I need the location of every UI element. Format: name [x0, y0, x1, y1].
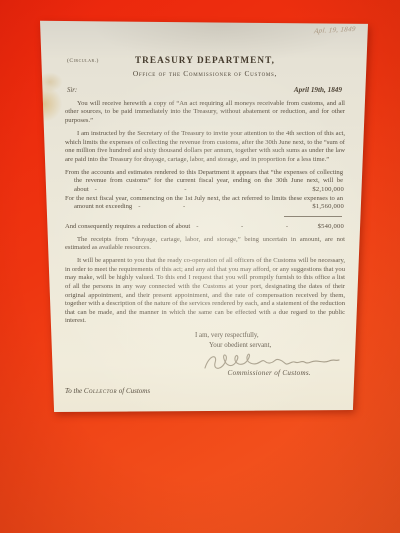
addressee-suffix: of Customs: [117, 387, 150, 395]
addressee-line: To the Collector of Customs: [65, 387, 345, 396]
account-text: For the next fiscal year, commencing on …: [65, 195, 343, 211]
paragraph-receipts: The receipts from “drayage, cartage, lab…: [65, 236, 345, 253]
dash-leader: - - -: [89, 186, 187, 193]
circular-label: (Circular.): [67, 58, 99, 65]
accounts-block: From the accounts and estimates rendered…: [65, 169, 345, 231]
closing-block: I am, very respectfully, Your obedient s…: [195, 332, 345, 351]
department-title: TREASURY DEPARTMENT,: [65, 55, 345, 67]
account-line-next-year: For the next fiscal year, commencing on …: [65, 195, 345, 212]
account-text: And consequently requires a reduction of…: [65, 223, 190, 230]
closing-respectfully: I am, very respectfully,: [195, 332, 345, 341]
amount-current-year: $2,100,000: [312, 186, 344, 195]
subtraction-rule: [284, 216, 342, 217]
paragraph-cooperation: It will be apparent to you that the read…: [65, 257, 345, 326]
account-line-current-year: From the accounts and estimates rendered…: [65, 169, 345, 195]
amount-next-year: $1,560,000: [312, 203, 344, 212]
handwritten-date: Apl. 19, 1849: [314, 25, 357, 36]
document-paper: Apl. 19, 1849 (Circular.) TREASURY DEPAR…: [40, 20, 368, 412]
addressee-prefix: To the: [65, 387, 84, 395]
photo-background: { "annotations": { "handwritten_date": "…: [0, 0, 400, 533]
commissioner-title: Commissioner of Customs.: [228, 369, 311, 378]
dash-leader: - - -: [190, 223, 288, 230]
paper-wrapper: Apl. 19, 1849 (Circular.) TREASURY DEPAR…: [40, 20, 368, 412]
dash-leader: - -: [132, 203, 185, 210]
date-line: April 19th, 1849: [294, 86, 342, 95]
document-header: (Circular.) TREASURY DEPARTMENT,: [65, 55, 345, 67]
office-line: Office of the Commissioner of Customs,: [65, 69, 345, 79]
salutation: Sir:: [67, 87, 77, 96]
paragraph-receive-copy: You will receive herewith a copy of “An …: [65, 100, 345, 126]
addressee-name: Collector: [84, 387, 117, 395]
paragraph-instructed: I am instructed by the Secretary of the …: [65, 130, 345, 164]
account-line-reduction: And consequently requires a reduction of…: [65, 223, 345, 232]
amount-reduction: $540,000: [318, 223, 344, 232]
salutation-row: Sir: April 19th, 1849: [65, 86, 345, 96]
